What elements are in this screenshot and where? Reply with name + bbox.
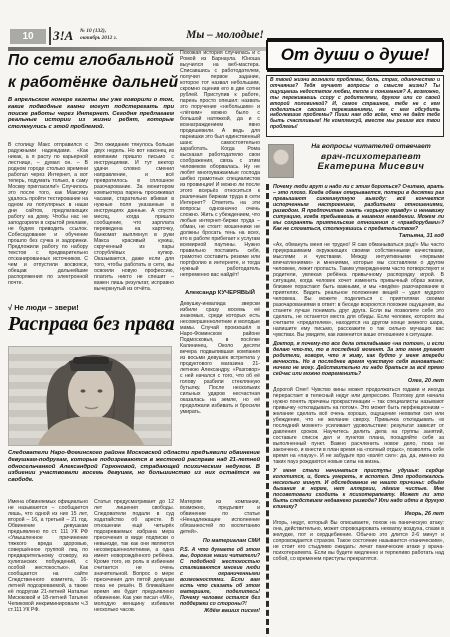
article-beating-column-3: Матерям из компании, возможно, предъявят… [180, 499, 260, 633]
qa-signature-1: Татьяна, 31 год [273, 232, 444, 240]
psychotherapist-name: Екатерина Мисевич [298, 161, 444, 172]
soul-reply-header: На вопросы читателей отвечает врач-психо… [266, 141, 444, 181]
qa-answer-2: Дорогой Олег! Чувство вины может продолж… [273, 387, 444, 465]
article-net-byline: Александр КУЧЕРЯВЫЙ [180, 289, 260, 297]
newspaper-logo: З!А [53, 27, 73, 45]
article-beating-kicker: √ Не люди – звери! [8, 303, 79, 312]
qa-item: Почему люди врут и надо ли с этим бороть… [273, 184, 444, 338]
article-beating-source: По материалам СМИ [180, 537, 260, 545]
qa-item: У меня стали начинаться приступы удушья:… [273, 468, 444, 562]
article-net-column-1: В столицу Макс отправился с радужными на… [8, 142, 88, 300]
article-net-column-2: Это ожидание тянулось больше двух недель… [94, 142, 174, 300]
issue-date: октябрь 2012 г. [80, 35, 117, 42]
qa-question-1: Почему люди врут и надо ли с этим бороть… [273, 184, 444, 232]
newspaper-page: 10 З!А № 10 (132), октябрь 2012 г. Мы – … [0, 0, 450, 637]
article-beating-column-2: Статья предусматривает до 12 лет лишения… [94, 499, 174, 633]
issue-info: № 10 (132), октябрь 2012 г. [80, 28, 117, 42]
logo-divider [49, 27, 51, 45]
article-beating-headline: Расправа без права [8, 312, 180, 336]
page-number: 10 [10, 29, 46, 44]
qa-question-3: У меня стали начинаться приступы удушья:… [273, 468, 444, 510]
article-beating-opening: Девушку-инвалида зверски избили сразу во… [180, 301, 260, 446]
article-net-column-3: Похожая история случилась и с Ромой из Б… [180, 50, 260, 288]
soul-section-title: От души о душе! [266, 40, 444, 70]
headline-line-2: к работёнке дальней [8, 72, 180, 94]
article-beating-closing: Ждём ваших писем! [180, 607, 260, 616]
article-net-headline: По сети глобальной к работёнке дальней [8, 50, 180, 94]
qa-answer-3: Игорь, недуг, который Вы описываете, пох… [273, 520, 444, 562]
victim-photo-graphic [9, 347, 172, 446]
qa-signature-3: Игорь, 26 лет [273, 510, 444, 518]
article-beating-ps: P.S. А что думаете об этом вы, дорогие н… [180, 547, 260, 607]
issue-number: № 10 (132), [80, 28, 117, 35]
article-beating-lead: Следователи Наро-Фоминского района Моско… [8, 450, 260, 496]
qa-question-2: Доктор, я почему-то все дела откладываю … [273, 341, 444, 377]
soul-reply-line-2: врач-психотерапевт [298, 151, 444, 161]
article-beating-column-1: Имена обвиняемых официально не называютс… [8, 499, 88, 633]
soul-qa-column: Почему люди врут и надо ли с этим бороть… [266, 184, 444, 634]
soul-section-intro: В твоей жизни возникли проблемы, боль, с… [266, 75, 444, 137]
headline-line-1: По сети глобальной [8, 50, 180, 72]
victim-photo [8, 346, 172, 446]
article-net-lead: В апрельском номере газеты мы уже говори… [8, 97, 174, 139]
soul-reply-text: На вопросы читателей отвечает врач-психо… [298, 143, 444, 172]
qa-answer-1: «Ах, обмануть меня не трудно! Я сам обма… [273, 242, 444, 338]
article-beating-column-3-text: Матерям из компании, возможно, предъявят… [180, 499, 260, 535]
psychotherapist-photo [268, 144, 294, 178]
qa-item: Доктор, я почему-то все дела откладываю … [273, 341, 444, 465]
qa-signature-2: Олег, 20 лет [273, 377, 444, 385]
soul-reply-line-1: На вопросы читателей отвечает [298, 143, 444, 151]
